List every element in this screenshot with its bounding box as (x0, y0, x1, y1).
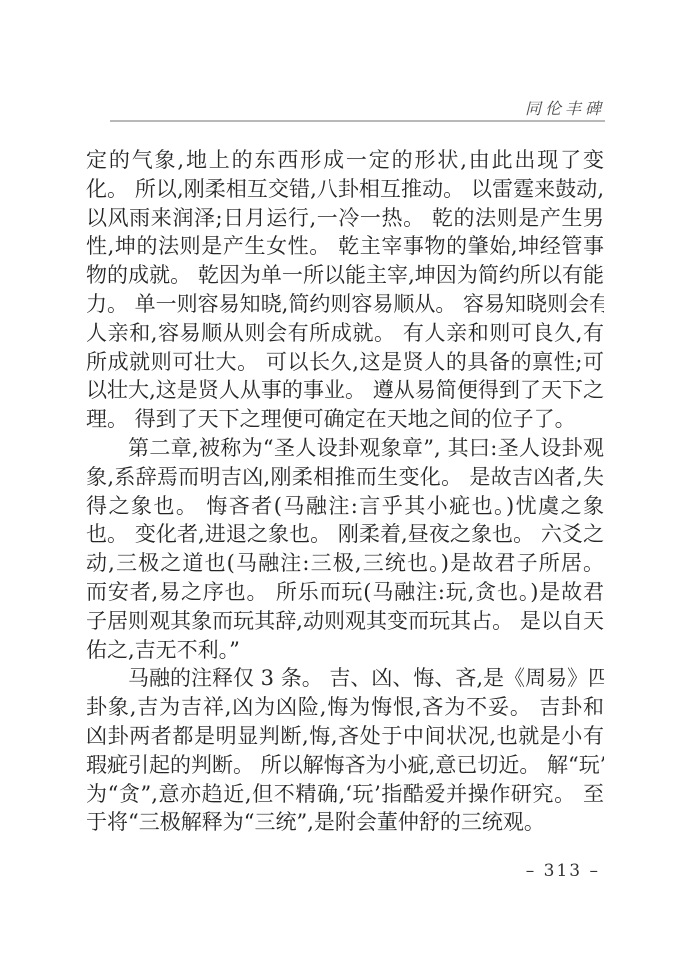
text-line: 物的成就。 乾因为单一所以能主宰,坤因为简约所以有能 (86, 261, 604, 290)
text-line: 以风雨来润泽;日月运行,一冷一热。 乾的法则是产生男 (86, 204, 604, 233)
text-line: 也。 变化者,进退之象也。 刚柔着,昼夜之象也。 六爻之 (86, 520, 604, 549)
text-line: 瑕疵引起的判断。 所以解悔吝为小疵,意已切近。 解“玩” (86, 751, 604, 780)
text-line: 马融的注释仅 3 条。 吉、凶、悔、吝,是《周易》四种基本 (86, 664, 604, 693)
text-line: 卦象,吉为吉祥,凶为凶险,悔为悔恨,吝为不妥。 吉卦和 (86, 693, 604, 722)
text-line: 象,系辞焉而明吉凶,刚柔相推而生变化。 是故吉凶者,失 (86, 463, 604, 492)
text-line: 所成就则可壮大。 可以长久,这是贤人的具备的禀性;可 (86, 348, 604, 377)
text-line: 定的气象,地上的东西形成一定的形状,由此出现了变 (86, 146, 604, 175)
text-line: 子居则观其象而玩其辞,动则观其变而玩其占。 是以自天 (86, 607, 604, 636)
text-line: 力。 单一则容易知晓,简约则容易顺从。 容易知晓则会有 (86, 290, 604, 319)
text-line: 性,坤的法则是产生女性。 乾主宰事物的肇始,坤经管事 (86, 232, 604, 261)
text-line: 人亲和,容易顺从则会有所成就。 有人亲和则可良久,有 (86, 319, 604, 348)
body-text: 定的气象,地上的东西形成一定的形状,由此出现了变 化。 所以,刚柔相互交错,八卦… (86, 146, 604, 837)
header-rule (110, 120, 605, 122)
text-line: 动,三极之道也(马融注:三极,三统也。)是故君子所居。 (86, 549, 604, 578)
text-line: 第二章,被称为“圣人设卦观象章”, 其曰:圣人设卦观 (86, 434, 604, 463)
text-line: 凶卦两者都是明显判断,悔,吝处于中间状况,也就是小有 (86, 722, 604, 751)
page-number: – 313 – (526, 861, 600, 881)
text-line: 得之象也。 悔吝者(马融注:言乎其小疵也。)忧虞之象 (86, 492, 604, 521)
text-line: 以壮大,这是贤人从事的事业。 遵从易简便得到了天下之 (86, 376, 604, 405)
text-line: 而安者,易之序也。 所乐而玩(马融注:玩,贪也。)是故君 (86, 578, 604, 607)
text-line: 佑之,吉无不利。” (86, 636, 604, 665)
text-line: 理。 得到了天下之理便可确定在天地之间的位子了。 (86, 405, 604, 434)
book-page: 同伦丰碑 定的气象,地上的东西形成一定的形状,由此出现了变 化。 所以,刚柔相互… (0, 0, 692, 968)
running-header-title: 同伦丰碑 (525, 96, 605, 119)
text-line: 于将“三极解释为“三统”,是附会董仲舒的三统观。 (86, 808, 604, 837)
text-line: 化。 所以,刚柔相互交错,八卦相互推动。 以雷霆来鼓动, (86, 175, 604, 204)
text-line: 为“贪”,意亦趋近,但不精确,‘玩’指酷爱并操作研究。 至 (86, 780, 604, 809)
